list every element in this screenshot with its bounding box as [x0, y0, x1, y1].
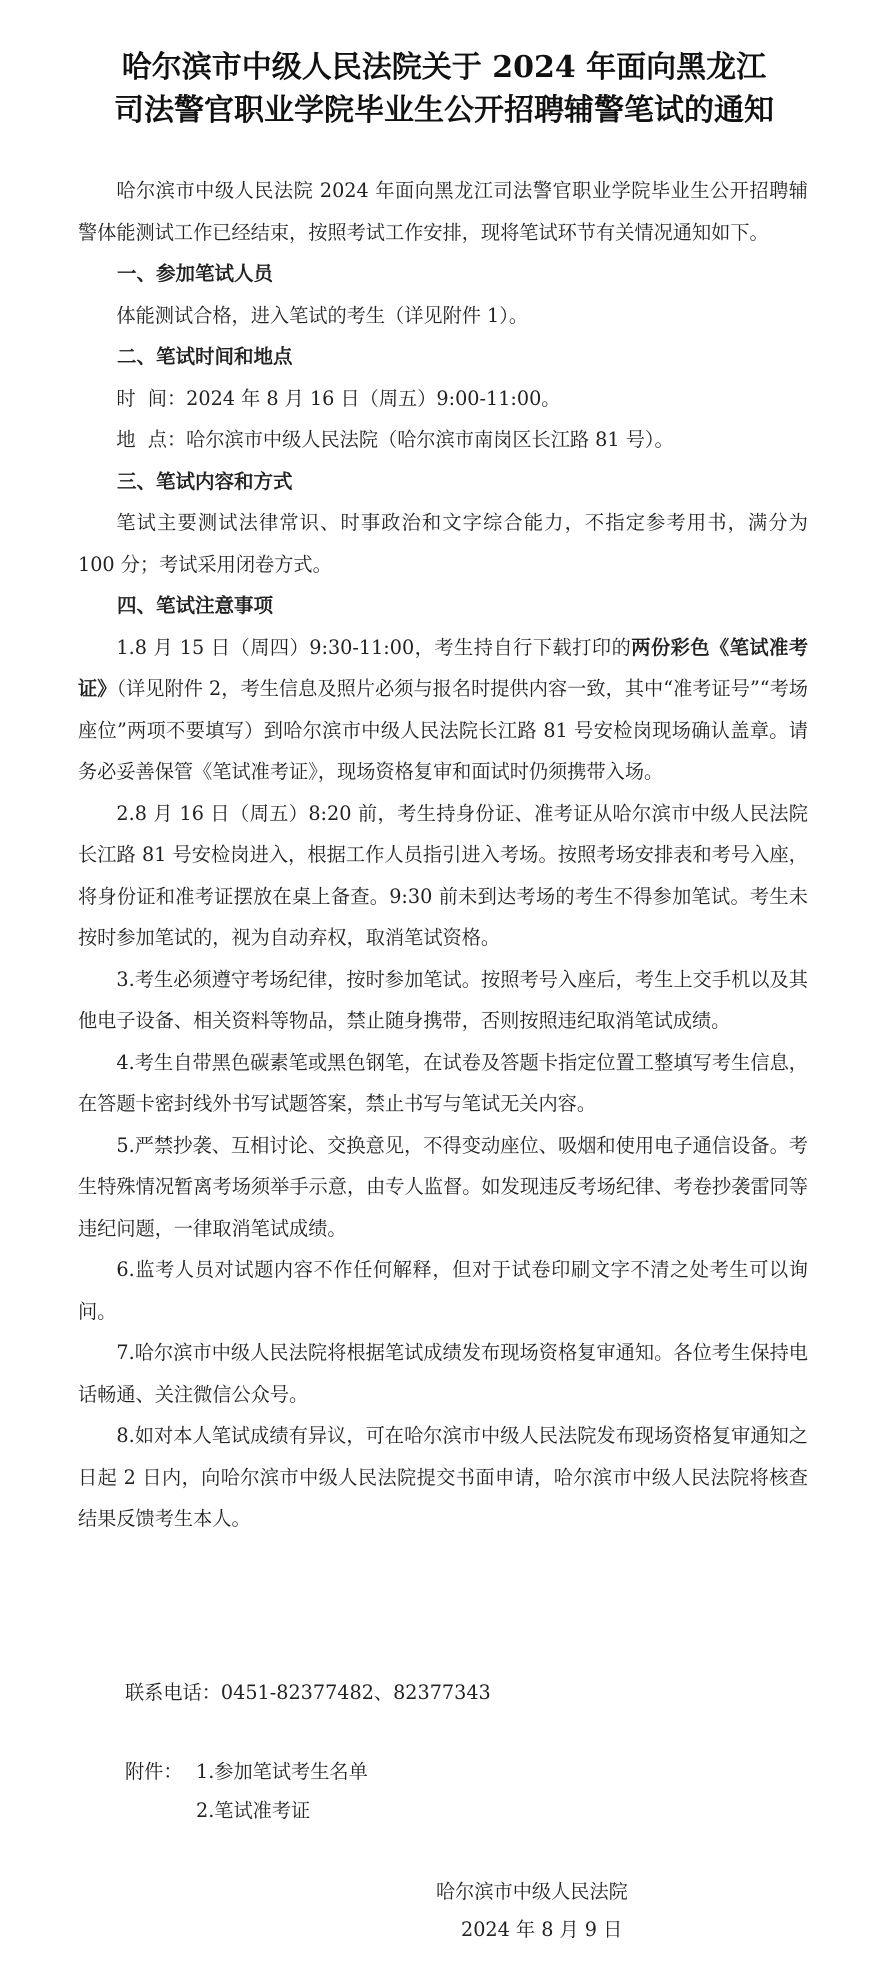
exam-time: 时 间：2024 年 8 月 16 日（周五）9:00-11:00。 — [78, 378, 808, 420]
notice-item-1-after: （详见附件 2，考生信息及照片必须与报名时提供内容一致，其中“准考证号”“考场座… — [78, 677, 808, 783]
section-heading-4: 四、笔试注意事项 — [78, 585, 808, 627]
document-body: 哈尔滨市中级人民法院 2024 年面向黑龙江司法警官职业学院毕业生公开招聘辅警体… — [78, 170, 808, 1540]
notice-item-1: 1.8 月 15 日（周四）9:30-11:00，考生持自行下载打印的两份彩色《… — [78, 627, 808, 793]
notice-item-2: 2.8 月 16 日（周五）8:20 前，考生持身份证、准考证从哈尔滨市中级人民… — [78, 793, 808, 959]
section-heading-3: 三、笔试内容和方式 — [78, 461, 808, 503]
notice-item-1-before: 1.8 月 15 日（周四）9:30-11:00，考生持自行下载打印的 — [116, 636, 631, 659]
section-heading-1: 一、参加笔试人员 — [78, 253, 808, 295]
attachments-label: 附件： — [125, 1752, 183, 1792]
title-line-1: 哈尔滨市中级人民法院关于 2024 年面向黑龙江 — [0, 46, 888, 89]
notice-item-3: 3.考生必须遵守考场纪律，按时参加笔试。按照考号入座后，考生上交手机以及其他电子… — [78, 959, 808, 1042]
exam-location: 地 点：哈尔滨市中级人民法院（哈尔滨市南岗区长江路 81 号）。 — [78, 419, 808, 461]
section-1-paragraph: 体能测试合格，进入笔试的考生（详见附件 1）。 — [78, 295, 808, 337]
section-3-paragraph: 笔试主要测试法律常识、时事政治和文字综合能力，不指定参考用书，满分为 100 分… — [78, 502, 808, 585]
signature-date: 2024 年 8 月 9 日 — [461, 1910, 622, 1950]
notice-item-5: 5.严禁抄袭、互相讨论、交换意见，不得变动座位、吸烟和使用电子通信设备。考生特殊… — [78, 1125, 808, 1250]
section-heading-2: 二、笔试时间和地点 — [78, 336, 808, 378]
title-line-2: 司法警官职业学院毕业生公开招聘辅警笔试的通知 — [0, 89, 888, 132]
attachment-item-1: 1.参加笔试考生名单 — [196, 1752, 368, 1792]
document-title: 哈尔滨市中级人民法院关于 2024 年面向黑龙江 司法警官职业学院毕业生公开招聘… — [0, 46, 888, 132]
notice-item-7: 7.哈尔滨市中级人民法院将根据笔试成绩发布现场资格复审通知。各位考生保持电话畅通… — [78, 1332, 808, 1415]
intro-paragraph: 哈尔滨市中级人民法院 2024 年面向黑龙江司法警官职业学院毕业生公开招聘辅警体… — [78, 170, 808, 253]
notice-item-8: 8.如对本人笔试成绩有异议，可在哈尔滨市中级人民法院发布现场资格复审通知之日起 … — [78, 1415, 808, 1540]
notice-item-6: 6.监考人员对试题内容不作任何解释，但对于试卷印刷文字不清之处考生可以询问。 — [78, 1249, 808, 1332]
contact-phone: 联系电话：0451-82377482、82377343 — [125, 1673, 491, 1713]
attachment-item-2: 2.笔试准考证 — [196, 1791, 310, 1831]
notice-item-4: 4.考生自带黑色碳素笔或黑色钢笔，在试卷及答题卡指定位置工整填写考生信息，在答题… — [78, 1042, 808, 1125]
signature-org: 哈尔滨市中级人民法院 — [436, 1872, 628, 1912]
